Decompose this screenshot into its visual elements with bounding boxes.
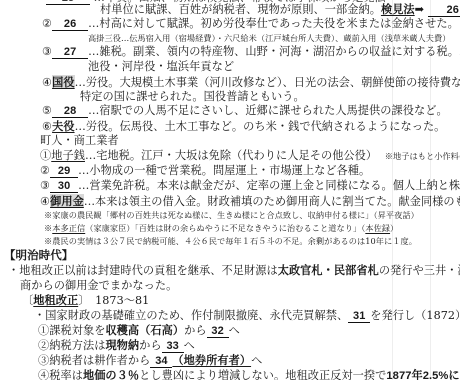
- term-chisokaisei: 地租改正: [33, 295, 78, 307]
- reform-item-3: ③納税者は耕作者から34（地券所有者）へ: [38, 354, 262, 368]
- blank-27: 27: [52, 46, 88, 59]
- edo-line-8: ⑤28…宿駅での人馬不足にさいし、近郷に課せられた人馬提供の課役など。: [42, 104, 448, 118]
- land-tax-reform-heading: 〔地租改正〕 1873～81: [22, 294, 149, 308]
- meiji-heading: 【明治時代】: [4, 249, 73, 263]
- blank-31: 31: [348, 310, 370, 323]
- arrow-icon: ➡: [415, 2, 424, 16]
- blank-33: 33: [162, 340, 184, 353]
- edo-line-2: ②26…村高に対して賦課。初め労役奉仕であった夫役を米または金納させた。: [42, 17, 459, 31]
- note-ieyasu: ※家康の農民観「郷村の百姓共は死なぬ様に、生きぬ様にと合点致し、収納申付る様に」…: [44, 210, 419, 221]
- edo-line-5: 池役・河岸役・塩浜年貢など: [88, 60, 234, 74]
- blank-26: 26: [428, 4, 460, 17]
- reform-item-4: ④税率は地価の３％とし豊凶により増減しない。地租改正反対一揆で1877年2.5%…: [38, 369, 460, 380]
- edo-line-10: ①地子銭…宅地税。江戸・大坂は免除（代わりに人足その他公役） ※地子はもと小作料…: [40, 149, 460, 163]
- reform-item-1: ①課税対象を収穫高（石高）から32へ: [38, 324, 240, 338]
- term-goyokin: 御用金: [50, 194, 84, 208]
- term-kemi: 検見法: [381, 4, 415, 16]
- blank-30: 30: [50, 180, 78, 193]
- document-page: 25 …年貢。田畑、初期は検見法、幕領では享保頃から定免法 村単位に賦課、百姓が…: [0, 0, 460, 380]
- term-jishisen: 地子銭: [51, 149, 85, 162]
- blank-25: 25: [46, 0, 90, 5]
- edo-line-12: ③30…営業免許税。本来は献金だが、定率の運上金と同様になる。個人上納と株仲間税: [40, 179, 460, 193]
- note-peasants: ※農民の実情は３公７民で納税可能、４公６民で毎年１石５斗の不足。余剰があるのは1…: [44, 236, 417, 247]
- meiji-intro-2: 商からの御用金でまかなった。: [20, 279, 177, 293]
- term-buyaku: 夫役: [52, 119, 74, 133]
- term-kuniyaku: 国役: [52, 75, 74, 89]
- blank-32: 32: [207, 325, 229, 338]
- merchants-heading: 町人・商工業者: [40, 134, 119, 148]
- edo-line-1: 村単位に賦課、百姓が納税者、現物が原則、一部金納。検見法➡ 26（享保頃）: [100, 2, 460, 17]
- edo-line-6: ④国役…労役。大規模土木事業（河川改修など）、日光の法会、朝鮮使節の接待費など、…: [42, 75, 460, 90]
- note-honda: ※本多正信（家康家臣）「百姓は財の余らぬやうに不足なきやうに治むること道なり」（…: [44, 223, 398, 234]
- land-tax-reform-line: ・国家財政の基礎確立のため、作付制限撤廃、永代売買解禁、31を発行し（1872）…: [34, 309, 460, 323]
- blank-34: 34: [150, 355, 172, 368]
- blank-28: 28: [52, 105, 88, 118]
- edo-line-7: 特定の国に課せられた。国役普請ともいう。: [80, 90, 305, 104]
- edo-line-13: ④御用金…本来は領主の借入金。財政補填のため御用商人に割当てた。献金同様のもの。: [40, 194, 460, 209]
- edo-line-9: ⑥夫役…労役。伝馬役、土木工事など。のち米・銭で代納されるようになった。: [42, 119, 445, 134]
- reform-item-2: ②納税方法は現物納から33へ: [38, 339, 195, 353]
- blank-26b: 26: [52, 18, 88, 31]
- meiji-intro-1: ・地租改正以前は封建時代の貢租を継承、不足財源は太政官札・民部省札の発行や三井・…: [8, 264, 460, 278]
- edo-line-3: 高掛三役…伝馬宿入用（宿場経費）・六尺給米（江戸城台所人夫費）、蔵前入用（浅草米…: [88, 33, 451, 44]
- blank-29: 29: [50, 165, 78, 178]
- edo-line-4: ③27…雑税。副業、領内の特産物、山野・河海・湖沼からの収益に対する税。山年貢・…: [42, 45, 460, 59]
- edo-line-11: ②29…小物成の一種で営業税。問屋運上・市場運上など各種。: [40, 164, 370, 178]
